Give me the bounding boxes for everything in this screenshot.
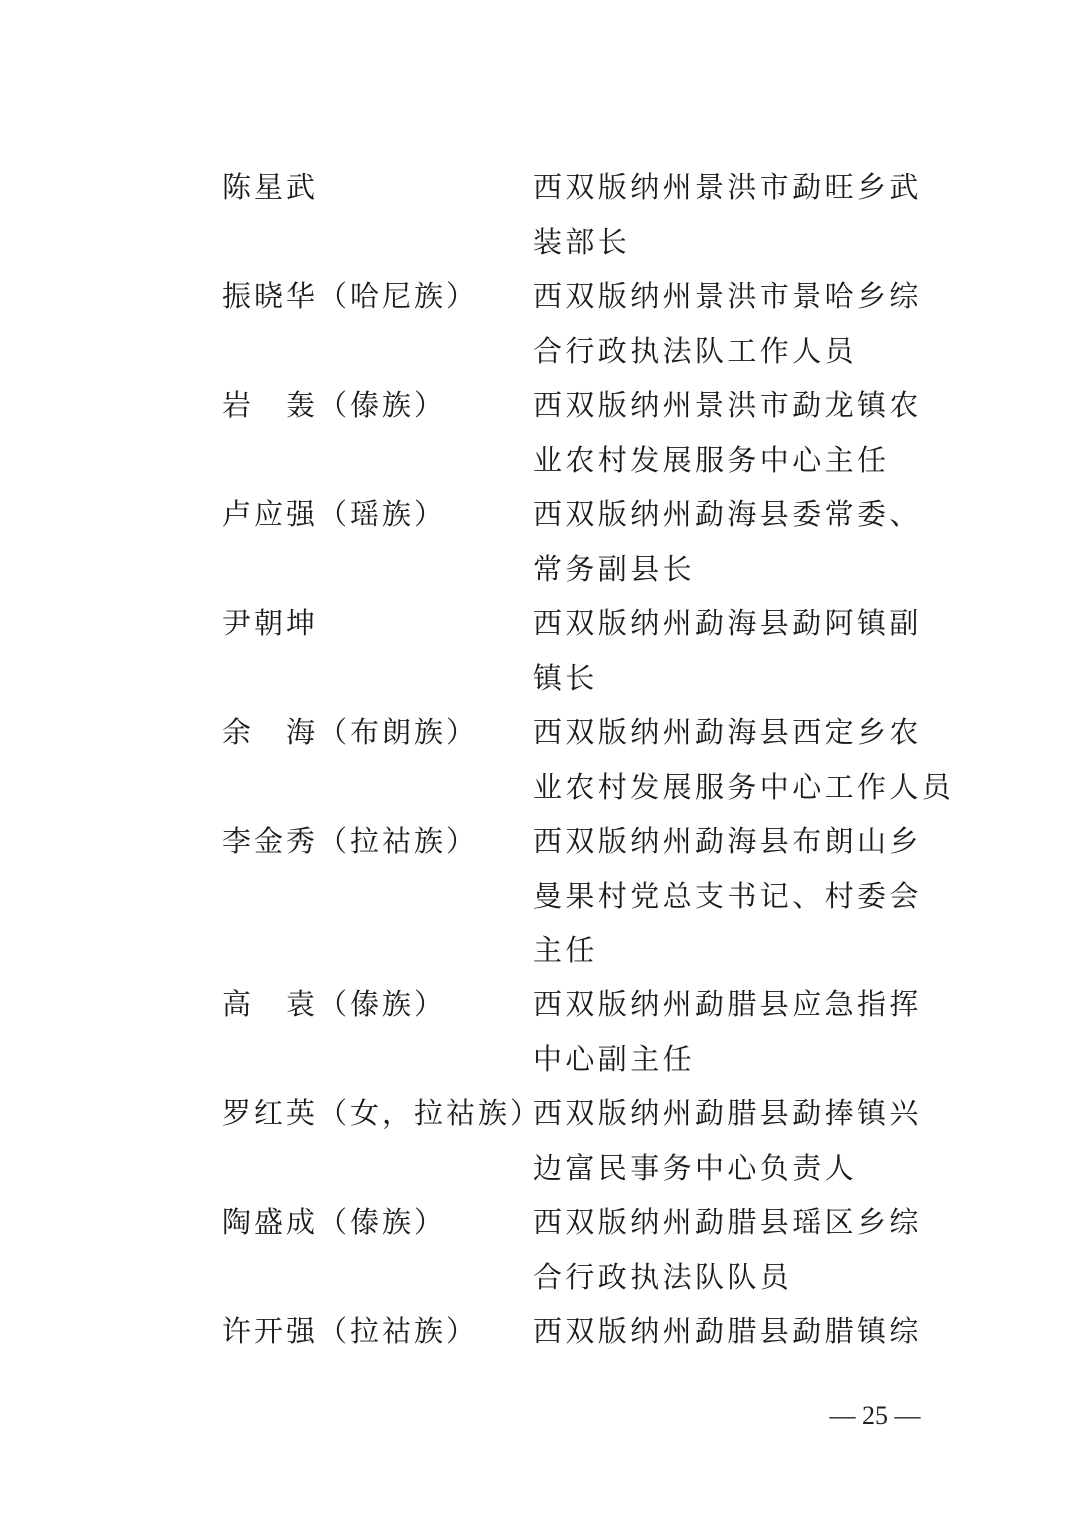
person-position: 西双版纳州景洪市勐龙镇农 业农村发展服务中心主任	[533, 378, 933, 487]
person-position: 西双版纳州勐海县委常委、 常务副县长	[533, 487, 933, 596]
position-line: 业农村发展服务中心主任	[533, 433, 933, 488]
position-line: 西双版纳州勐海县委常委、	[533, 487, 933, 542]
position-line: 曼果村党总支书记、村委会	[533, 869, 933, 924]
page-number: — 25 —	[820, 1398, 930, 1434]
person-name: 岩 轰（傣族）	[222, 378, 446, 433]
position-line: 西双版纳州勐海县勐阿镇副	[533, 596, 933, 651]
person-name: 尹朝坤	[222, 596, 318, 651]
position-line: 常务副县长	[533, 542, 933, 597]
person-position: 西双版纳州勐海县勐阿镇副 镇长	[533, 596, 933, 705]
position-line: 西双版纳州勐腊县勐捧镇兴	[533, 1086, 933, 1141]
position-line: 边富民事务中心负责人	[533, 1141, 933, 1196]
person-name: 李金秀（拉祜族）	[222, 814, 478, 869]
person-position: 西双版纳州勐海县布朗山乡 曼果村党总支书记、村委会 主任	[533, 814, 933, 978]
position-line: 装部长	[533, 215, 933, 270]
position-line: 西双版纳州勐海县布朗山乡	[533, 814, 933, 869]
position-line: 西双版纳州景洪市勐龙镇农	[533, 378, 933, 433]
person-position: 西双版纳州勐腊县应急指挥 中心副主任	[533, 977, 933, 1086]
position-line: 西双版纳州景洪市景哈乡综	[533, 269, 933, 324]
position-line: 主任	[533, 923, 933, 978]
person-position: 西双版纳州勐腊县勐腊镇综	[533, 1304, 933, 1359]
position-line: 西双版纳州勐腊县勐腊镇综	[533, 1304, 933, 1359]
person-name: 罗红英（女，拉祜族）	[222, 1086, 542, 1141]
person-position: 西双版纳州景洪市景哈乡综 合行政执法队工作人员	[533, 269, 933, 378]
position-line: 镇长	[533, 651, 933, 706]
position-line: 业农村发展服务中心工作人员	[533, 760, 933, 815]
person-name: 余 海（布朗族）	[222, 705, 478, 760]
person-name: 陈星武	[222, 160, 318, 215]
position-line: 合行政执法队队员	[533, 1250, 933, 1305]
position-line: 中心副主任	[533, 1032, 933, 1087]
position-line: 西双版纳州景洪市勐旺乡武	[533, 160, 933, 215]
position-line: 西双版纳州勐腊县瑶区乡综	[533, 1195, 933, 1250]
person-position: 西双版纳州勐腊县勐捧镇兴 边富民事务中心负责人	[533, 1086, 933, 1195]
position-line: 合行政执法队工作人员	[533, 324, 933, 379]
position-line: 西双版纳州勐腊县应急指挥	[533, 977, 933, 1032]
person-name: 高 袁（傣族）	[222, 977, 446, 1032]
document-page: 陈星武 西双版纳州景洪市勐旺乡武 装部长 振晓华（哈尼族） 西双版纳州景洪市景哈…	[0, 0, 1080, 1527]
person-name: 振晓华（哈尼族）	[222, 269, 478, 324]
position-line: 西双版纳州勐海县西定乡农	[533, 705, 933, 760]
person-position: 西双版纳州勐海县西定乡农 业农村发展服务中心工作人员	[533, 705, 933, 814]
person-name: 许开强（拉祜族）	[222, 1304, 478, 1359]
person-position: 西双版纳州勐腊县瑶区乡综 合行政执法队队员	[533, 1195, 933, 1304]
person-name: 卢应强（瑶族）	[222, 487, 446, 542]
person-position: 西双版纳州景洪市勐旺乡武 装部长	[533, 160, 933, 269]
person-name: 陶盛成（傣族）	[222, 1195, 446, 1250]
